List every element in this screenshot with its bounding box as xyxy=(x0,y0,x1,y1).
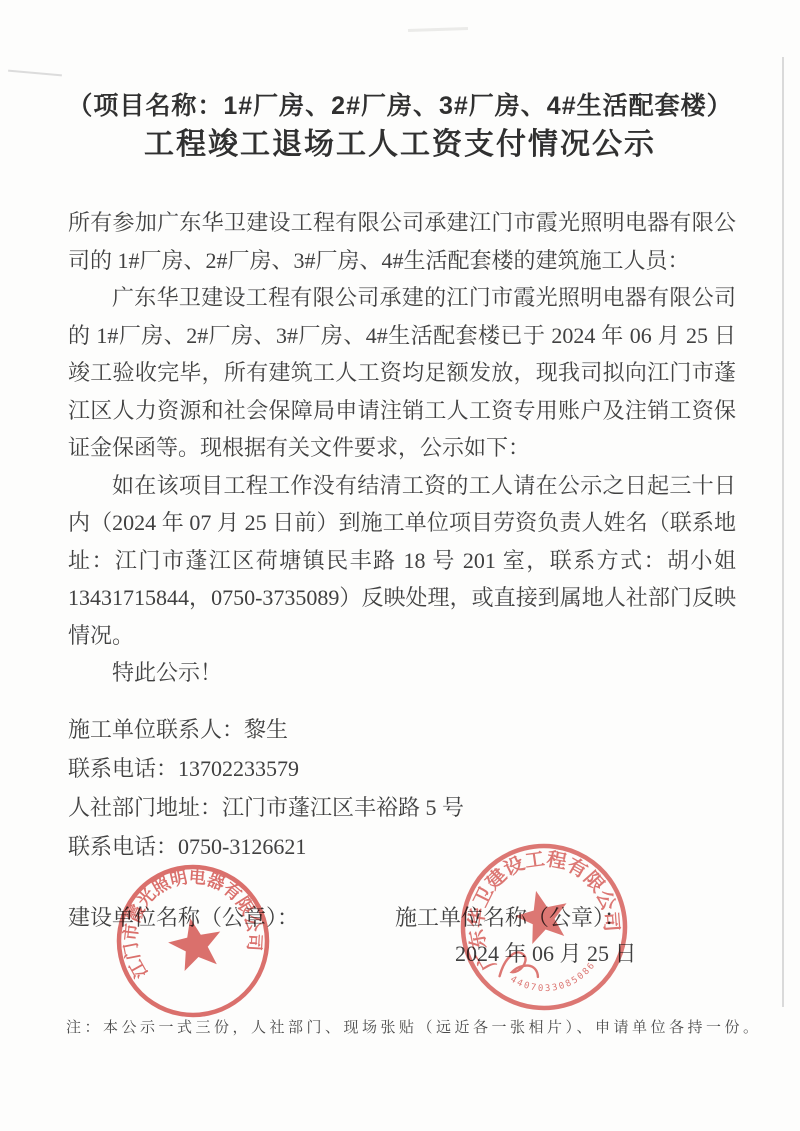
scan-artifact-top-left xyxy=(8,70,62,77)
scan-artifact-smudge xyxy=(408,27,468,32)
paragraph-closing: 特此公示！ xyxy=(68,654,736,692)
hr-bureau-phone-line: 联系电话：0750-3126621 xyxy=(68,827,736,866)
scan-artifact-right-edge xyxy=(782,57,784,1007)
footer-note: 注：本公示一式三份，人社部门、现场张贴（远近各一张相片）、申请单位各持一份。 xyxy=(66,1016,766,1037)
paragraph-audience: 所有参加广东华卫建设工程有限公司承建江门市霞光照明电器有限公司的 1#厂房、2#… xyxy=(68,204,736,279)
construction-owner-seal-label: 建设单位名称（公章）： xyxy=(68,901,299,932)
hr-bureau-address-line: 人社部门地址：江门市蓬江区丰裕路 5 号 xyxy=(68,788,736,827)
document-body: 所有参加广东华卫建设工程有限公司承建江门市霞光照明电器有限公司的 1#厂房、2#… xyxy=(68,204,736,692)
title-project-name: （项目名称：1#厂房、2#厂房、3#厂房、4#生活配套楼） xyxy=(0,88,800,124)
paragraph-claim-instructions: 如在该项目工程工作没有结清工资的工人请在公示之日起三十日内（2024 年 07 … xyxy=(68,467,736,655)
paragraph-completion-notice: 广东华卫建设工程有限公司承建的江门市霞光照明电器有限公司的 1#厂房、2#厂房、… xyxy=(68,279,736,467)
owner-company-seal: 江门市霞光照明电器有限公司 xyxy=(114,862,272,1020)
contact-person-line: 施工单位联系人：黎生 xyxy=(68,710,736,749)
document-title: （项目名称：1#厂房、2#厂房、3#厂房、4#生活配套楼） 工程竣工退场工人工资… xyxy=(0,88,800,166)
contact-block: 施工单位联系人：黎生 联系电话：13702233579 人社部门地址：江门市蓬江… xyxy=(68,710,736,866)
title-main: 工程竣工退场工人工资支付情况公示 xyxy=(0,124,800,166)
contact-phone-line: 联系电话：13702233579 xyxy=(68,749,736,788)
contractor-seal-label: 施工单位名称（公章）： xyxy=(395,901,626,932)
document-page: （项目名称：1#厂房、2#厂房、3#厂房、4#生活配套楼） 工程竣工退场工人工资… xyxy=(0,0,800,1131)
signature-date: 2024 年 06 月 25 日 xyxy=(455,937,637,968)
